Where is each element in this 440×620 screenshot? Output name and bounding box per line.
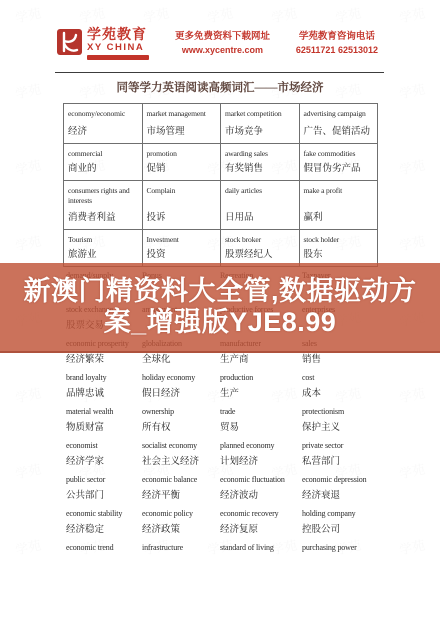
header-divider [55,72,384,73]
table-row: Tourism旅游业Investment投资stock broker股票经纪人s… [64,230,378,267]
table-row: consumers rights and interests消费者利益Compl… [64,181,378,230]
vocab-cell: economic balance经济平衡 [142,474,220,508]
vocab-cell: market management市场管理 [143,104,222,144]
watermark-glyph: 学苑 [333,3,362,27]
term-cn: 日用品 [225,209,296,223]
watermark-glyph: 学苑 [13,383,42,407]
vocab-cell: advertising campaign广告、促销活动 [300,104,379,144]
term-en: Investment [147,235,218,244]
term-cn: 股东 [304,246,375,260]
watermark-glyph: 学苑 [13,535,42,559]
brand-seal-icon [56,27,83,57]
term-en: protectionism [302,407,401,416]
watermark-glyph: 学苑 [13,3,42,27]
term-en: ownership [142,407,220,416]
term-cn: 所有权 [142,419,220,433]
contact-info: 学苑教育咨询电话 62511721 62513012 [296,30,378,58]
term-en: economic trend [66,543,142,552]
term-cn: 商业的 [68,160,139,174]
term-cn: 市场管理 [147,123,218,137]
contact-phones: 62511721 62513012 [296,44,378,58]
term-en: holiday economy [142,373,220,382]
term-en: stock holder [304,235,375,244]
vocab-cell: market competition市场竞争 [221,104,300,144]
term-en: socialist economy [142,441,220,450]
term-en: Tourism [68,235,139,244]
term-cn: 经济繁荣 [66,351,142,365]
term-en: production [220,373,302,382]
term-cn: 计划经济 [220,453,302,467]
vocab-cell: commercial商业的 [64,144,143,181]
term-cn: 控股公司 [302,521,401,535]
watermark-glyph: 学苑 [13,231,42,255]
vocab-cell: protectionism保护主义 [302,406,401,440]
term-en: private sector [302,441,401,450]
watermark-glyph: 学苑 [13,459,42,483]
brand-text: 学苑教育 XY CHINA [87,27,149,60]
vocab-cell: economic recovery经济复原 [220,508,302,542]
vocab-cell: production生产 [220,372,302,406]
term-en: holding company [302,509,401,518]
term-cn: 赢利 [304,209,375,223]
vocab-cell: consumers rights and interests消费者利益 [64,181,143,230]
vocab-cell: holiday economy假日经济 [142,372,220,406]
term-cn: 贸易 [220,419,302,433]
term-cn: 经济政策 [142,521,220,535]
document-header: 学苑教育 XY CHINA 更多免费资料下载网址 www.xycentre.co… [56,27,378,60]
vocab-cell: standard of living [220,542,302,576]
term-cn: 保护主义 [302,419,401,433]
term-cn: 消费者利益 [68,209,139,223]
vocab-cell: Tourism旅游业 [64,230,143,267]
list-row: brand loyalty品牌忠诚holiday economy假日经济prod… [66,372,401,406]
list-row: material wealth物质财富ownership所有权trade贸易pr… [66,406,401,440]
term-en: make a profit [304,186,375,195]
watermark-glyph: 学苑 [269,3,298,27]
vocab-cell: ownership所有权 [142,406,220,440]
term-en: economic balance [142,475,220,484]
term-cn: 经济 [68,123,139,137]
overlay-ad-banner[interactable]: 新澳门精资料大全管,数据驱动方 案_增强版YJE8.99 [0,263,440,353]
vocab-cell: stock broker股票经纪人 [221,230,300,267]
term-en: daily articles [225,186,296,195]
download-info: 更多免费资料下载网址 www.xycentre.com [175,30,270,58]
vocab-cell: economic depression经济衰退 [302,474,401,508]
term-en: public sector [66,475,142,484]
vocab-cell: trade贸易 [220,406,302,440]
term-en: advertising campaign [304,109,375,118]
term-cn: 私营部门 [302,453,401,467]
term-cn: 社会主义经济 [142,453,220,467]
table-row: economy/economic经济market management市场管理m… [64,104,378,144]
term-cn: 广告、促销活动 [304,123,375,137]
vocab-cell: economic policy经济政策 [142,508,220,542]
term-en: economy/economic [68,109,139,118]
vocab-cell: daily articles日用品 [221,181,300,230]
term-en: commercial [68,149,139,158]
list-row: economic trendinfrastructurestandard of … [66,542,401,576]
term-cn: 生产商 [220,351,302,365]
term-en: brand loyalty [66,373,142,382]
brand-name-en: XY CHINA [87,43,149,53]
term-en: market competition [225,109,296,118]
watermark-glyph: 学苑 [397,459,426,483]
term-cn: 全球化 [142,351,220,365]
watermark-glyph: 学苑 [141,3,170,27]
vocab-cell: brand loyalty品牌忠诚 [66,372,142,406]
term-cn: 物质财富 [66,419,142,433]
term-cn: 经济复原 [220,521,302,535]
term-cn: 市场竞争 [225,123,296,137]
term-en: economic depression [302,475,401,484]
term-cn: 投诉 [147,209,218,223]
overlay-ad-line2: 案_增强版YJE8.99 [104,307,337,338]
vocab-cell: Investment投资 [143,230,222,267]
term-en: economic stability [66,509,142,518]
list-row: economist经济学家socialist economy社会主义经济plan… [66,440,401,474]
term-cn: 假日经济 [142,385,220,399]
term-cn: 经济稳定 [66,521,142,535]
page-title: 同等学力英语阅读高频词汇——市场经济 [0,79,440,95]
term-cn: 股票经纪人 [225,246,296,260]
vocab-cell: economic fluctuation经济波动 [220,474,302,508]
term-en: cost [302,373,401,382]
term-en: infrastructure [142,543,220,552]
term-cn: 假冒伪劣产品 [304,160,375,174]
vocab-cell: economic stability经济稳定 [66,508,142,542]
vocab-cell: public sector公共部门 [66,474,142,508]
term-cn: 销售 [302,351,401,365]
term-cn: 经济衰退 [302,487,401,501]
term-cn: 生产 [220,385,302,399]
term-cn: 公共部门 [66,487,142,501]
term-en: planned economy [220,441,302,450]
vocab-cell: make a profit赢利 [300,181,379,230]
vocab-cell: economy/economic经济 [64,104,143,144]
overlay-ad-line1: 新澳门精资料大全管,数据驱动方 [23,276,416,307]
term-cn: 投资 [147,246,218,260]
term-en: standard of living [220,543,302,552]
term-cn: 促销 [147,160,218,174]
term-en: purchasing power [302,543,401,552]
term-en: trade [220,407,302,416]
vocab-cell: promotion促销 [143,144,222,181]
table-row: commercial商业的promotion促销awarding sales有奖… [64,144,378,181]
watermark-glyph: 学苑 [205,3,234,27]
watermark-glyph: 学苑 [397,535,426,559]
vocab-cell: socialist economy社会主义经济 [142,440,220,474]
watermark-glyph: 学苑 [77,3,106,27]
vocab-cell: Complain投诉 [143,181,222,230]
term-cn: 品牌忠诚 [66,385,142,399]
list-row: public sector公共部门economic balance经济平衡eco… [66,474,401,508]
vocab-cell: economist经济学家 [66,440,142,474]
term-cn: 经济平衡 [142,487,220,501]
vocab-cell: cost成本 [302,372,401,406]
vocab-cell: planned economy计划经济 [220,440,302,474]
term-cn: 经济学家 [66,453,142,467]
term-en: stock broker [225,235,296,244]
contact-label: 学苑教育咨询电话 [299,30,375,44]
watermark-glyph: 学苑 [397,3,426,27]
vocab-cell: infrastructure [142,542,220,576]
vocab-cell: awarding sales有奖销售 [221,144,300,181]
term-en: material wealth [66,407,142,416]
term-cn: 有奖销售 [225,160,296,174]
watermark-glyph: 学苑 [397,155,426,179]
watermark-glyph: 学苑 [397,231,426,255]
vocab-cell: material wealth物质财富 [66,406,142,440]
vocab-cell: fake commodities假冒伪劣产品 [300,144,379,181]
term-cn: 旅游业 [68,246,139,260]
list-row: economic stability经济稳定economic policy经济政… [66,508,401,542]
term-en: promotion [147,149,218,158]
vocab-cell: holding company控股公司 [302,508,401,542]
term-cn: 成本 [302,385,401,399]
brand-name-cn: 学苑教育 [87,27,149,41]
term-en: fake commodities [304,149,375,158]
term-en: awarding sales [225,149,296,158]
vocab-cell: private sector私营部门 [302,440,401,474]
vocab-cell: purchasing power [302,542,401,576]
brand-logo: 学苑教育 XY CHINA [56,27,149,60]
download-label: 更多免费资料下载网址 [175,30,270,44]
term-en: economic recovery [220,509,302,518]
term-cn: 经济波动 [220,487,302,501]
document-page: 学苑学苑学苑学苑学苑学苑学苑学苑学苑学苑学苑学苑学苑学苑学苑学苑学苑学苑学苑学苑… [0,0,440,620]
term-en: economic fluctuation [220,475,302,484]
term-en: economic policy [142,509,220,518]
watermark-glyph: 学苑 [13,155,42,179]
watermark-glyph: 学苑 [397,383,426,407]
vocab-table: economy/economic经济market management市场管理m… [63,103,378,267]
vocab-cell: stock holder股东 [300,230,379,267]
term-en: Complain [147,186,218,195]
term-en: economist [66,441,142,450]
term-en: consumers rights and interests [68,186,139,207]
download-url[interactable]: www.xycentre.com [182,44,263,58]
vocab-cell: economic trend [66,542,142,576]
brand-tagline-bar [87,55,149,60]
term-en: market management [147,109,218,118]
